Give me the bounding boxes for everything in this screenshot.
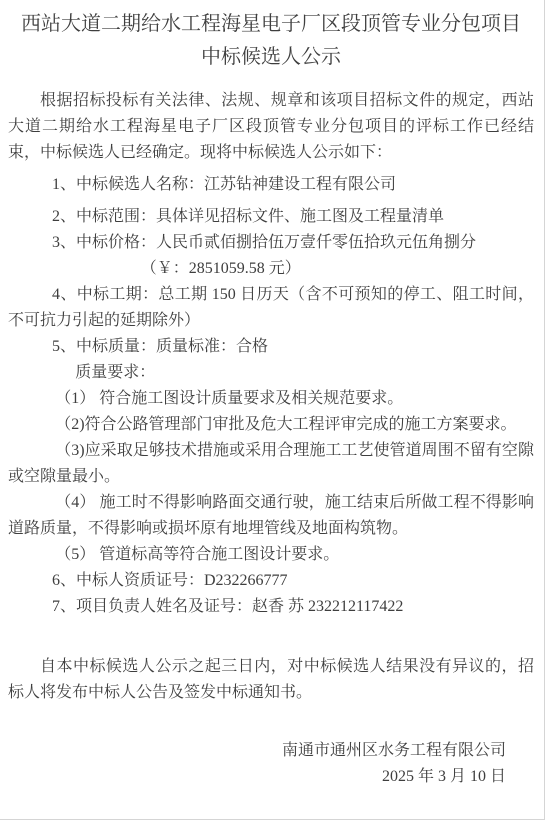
list-item-project-manager: 7、项目负责人姓名及证号：赵香 苏 232212117422: [8, 594, 534, 620]
quality-requirement-3: （3)应采取足够技术措施或采用合理施工工艺使管道周围不留有空隙或空隙量最小。: [8, 438, 534, 490]
closing-paragraph: 自本中标候选人公示之起三日内，对中标候选人结果没有异议的，招标人将发布中标人公告…: [8, 654, 534, 706]
signature-date: 2025 年 3 月 10 日: [8, 764, 506, 790]
quality-requirement-2: （2)符合公路管理部门审批及危大工程评审完成的施工方案要求。: [8, 412, 534, 438]
list-item-price: 3、中标价格：人民币贰佰捌拾伍万壹仟零伍拾玖元伍角捌分: [8, 230, 534, 256]
signature-company: 南通市通州区水务工程有限公司: [8, 738, 506, 764]
list-item-quality: 5、中标质量：质量标准：合格: [8, 334, 534, 360]
page-title-line1: 西站大道二期给水工程海星电子厂区段顶管专业分包项目: [8, 8, 534, 41]
quality-requirements-label: 质量要求：: [8, 360, 534, 386]
list-item-scope: 2、中标范围：具体详见招标文件、施工图及工程量清单: [8, 204, 534, 230]
list-item-winner-name: 1、中标候选人名称：江苏钻神建设工程有限公司: [8, 172, 534, 198]
page-title-line2: 中标候选人公示: [8, 41, 534, 74]
price-amount-line: （￥：2851059.58 元）: [8, 256, 534, 282]
quality-requirement-5: （5） 管道标高等符合施工图设计要求。: [8, 542, 534, 568]
list-item-cert-number: 6、中标人资质证号：D232266777: [8, 568, 534, 594]
announcement-page: 西站大道二期给水工程海星电子厂区段顶管专业分包项目 中标候选人公示 根据招标投标…: [0, 0, 545, 820]
quality-requirement-1: （1） 符合施工图设计质量要求及相关规范要求。: [8, 386, 534, 412]
signature-block: 南通市通州区水务工程有限公司 2025 年 3 月 10 日: [8, 738, 534, 790]
quality-requirement-4: （4） 施工时不得影响路面交通行驶，施工结束后所做工程不得影响道路质量，不得影响…: [8, 490, 534, 542]
list-item-duration: 4、中标工期：总工期 150 日历天（含不可预知的停工、阻工时间，不可抗力引起的…: [8, 282, 534, 334]
intro-paragraph: 根据招标投标有关法律、法规、规章和该项目招标文件的规定，西站大道二期给水工程海星…: [8, 88, 534, 166]
